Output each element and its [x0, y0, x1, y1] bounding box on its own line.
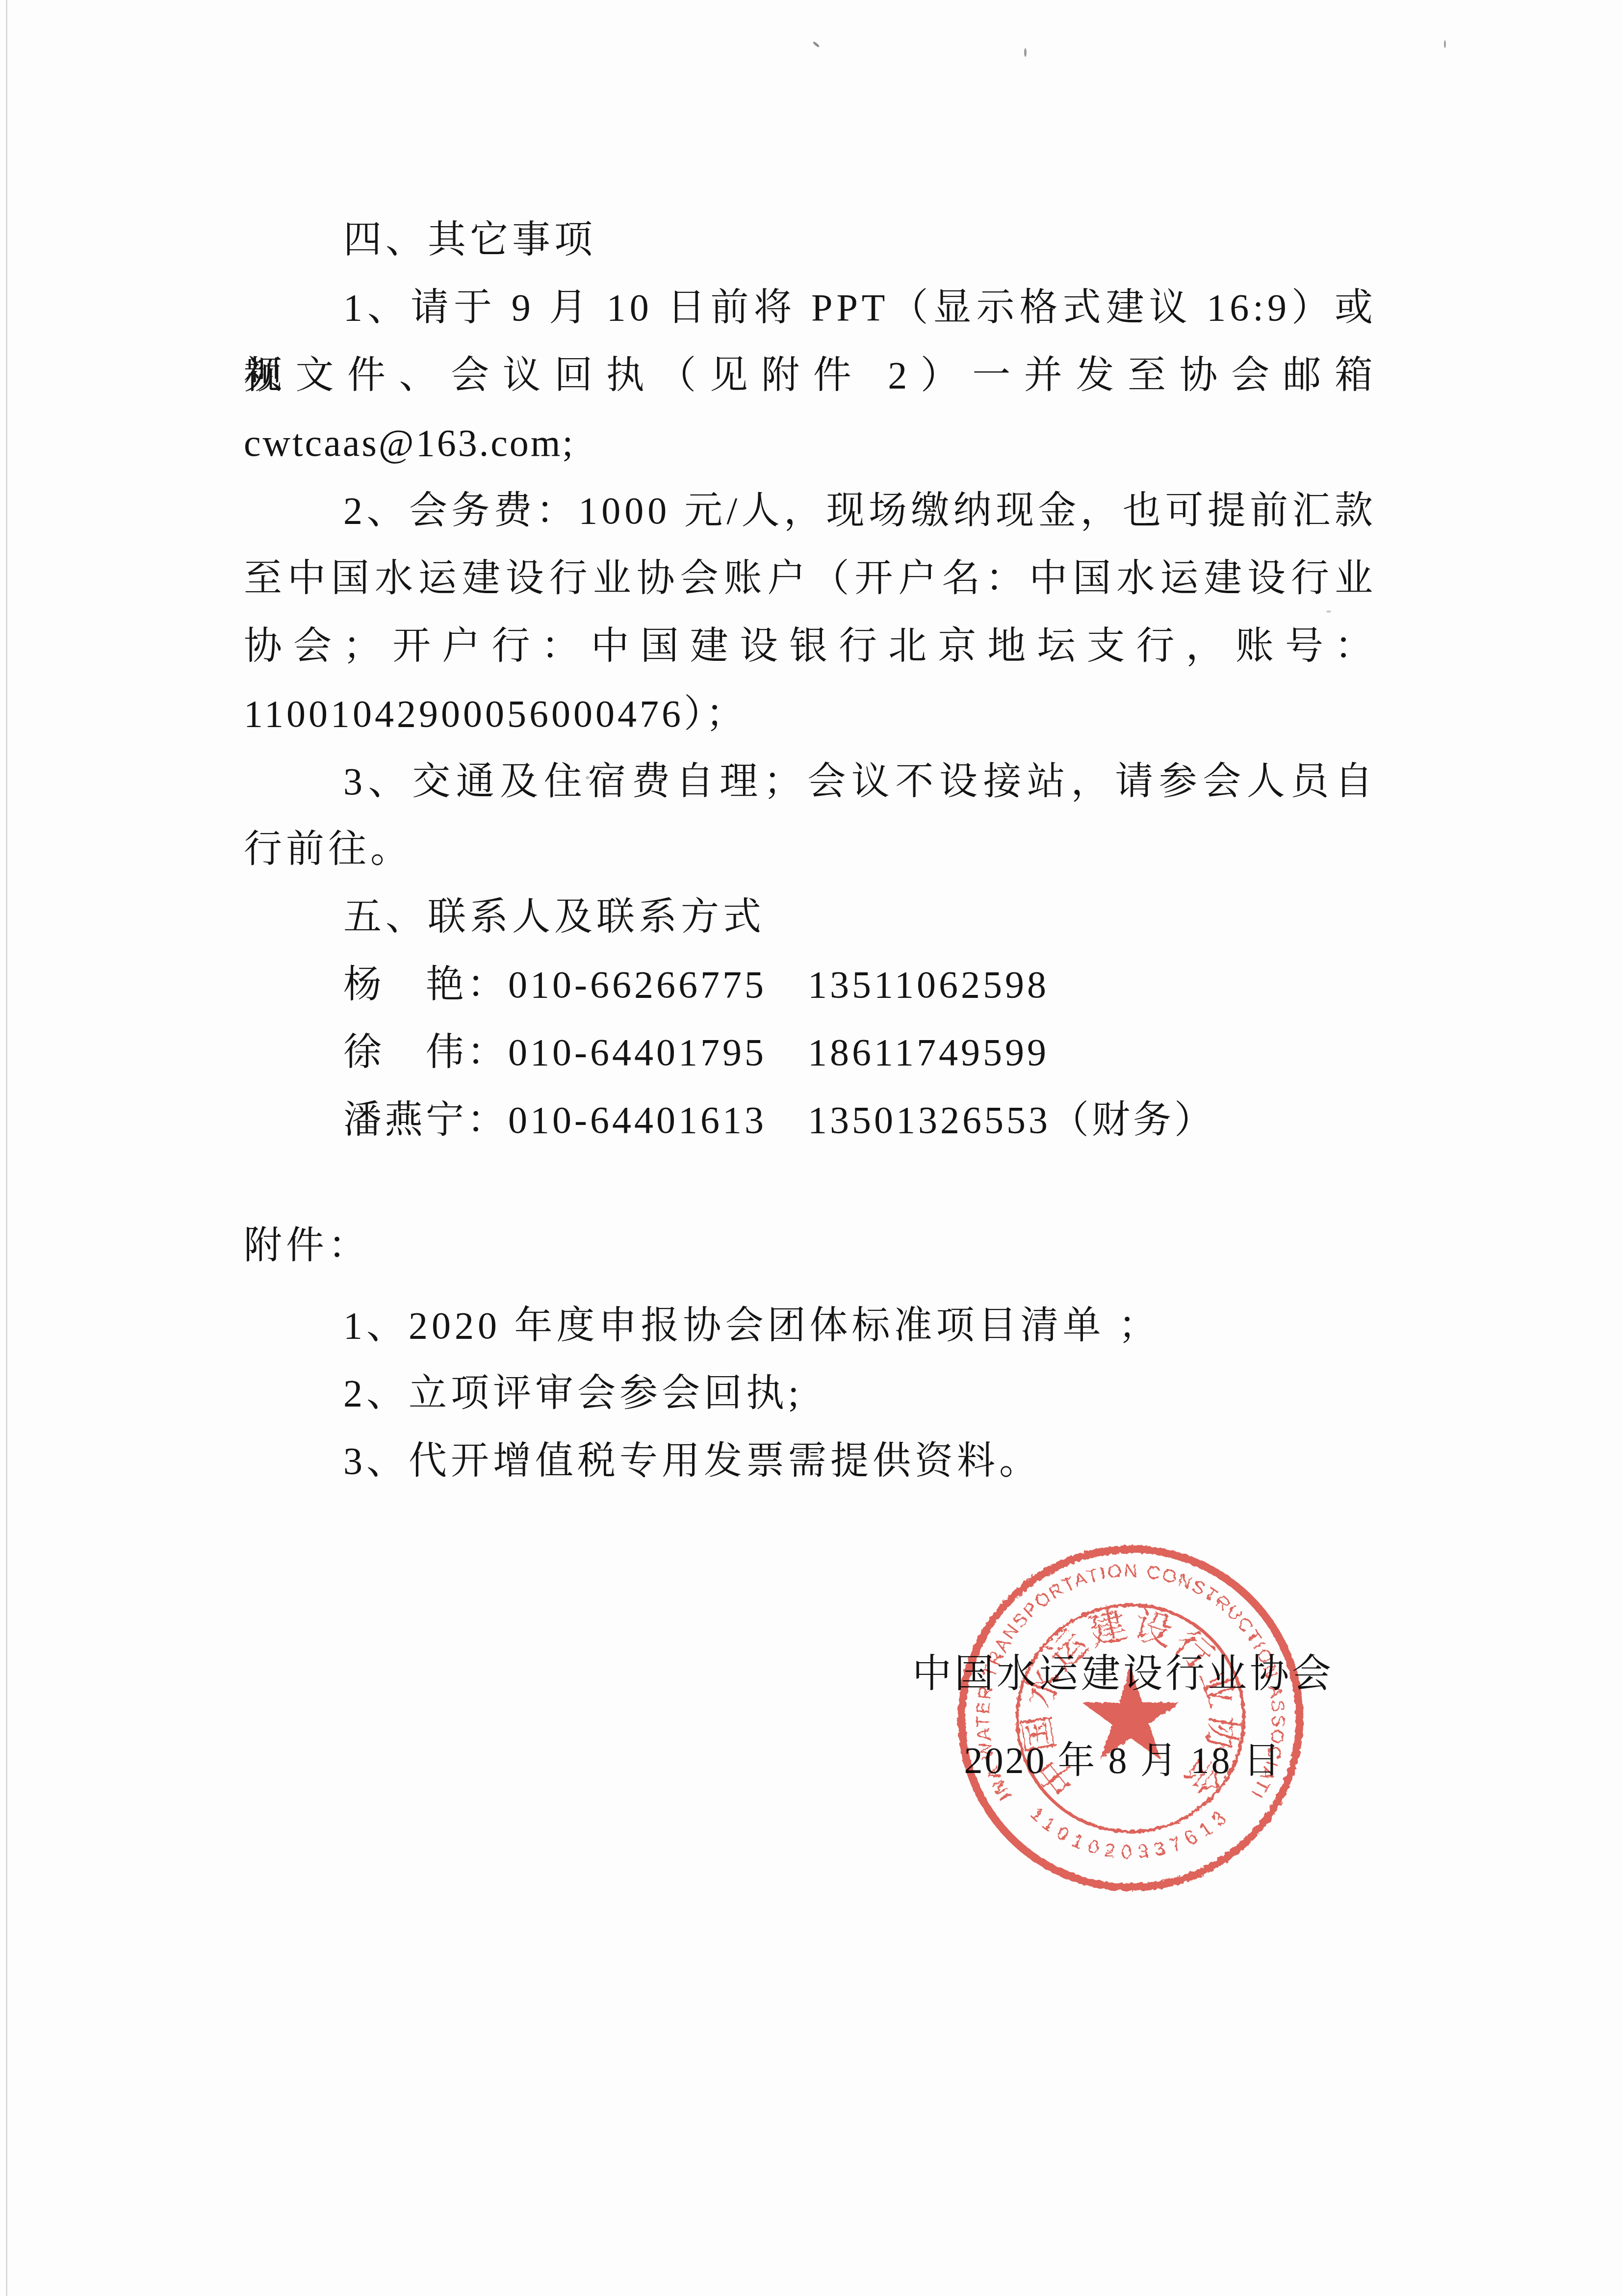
seal-ring-char: 会: [1176, 1748, 1232, 1803]
seal-star-icon: [1082, 1667, 1179, 1760]
seal-ring-char: 中: [1030, 1748, 1085, 1803]
contact-line: 徐 伟：010-64401795 18611749599: [244, 1018, 1377, 1086]
seal-arc-text-holder: CHINA WATER TRANSPORTATION CONSTRUCTION …: [940, 1536, 1289, 1804]
contact-line: 杨 艳：010-66266775 13511062598: [244, 951, 1377, 1018]
body-line: 1、请于 9 月 10 日前将 PPT（显示格式建议 16:9）或视: [244, 274, 1377, 341]
seal-ring-char: 协: [1198, 1712, 1245, 1757]
document-body: 四、其它事项 1、请于 9 月 10 日前将 PPT（显示格式建议 16:9）或…: [244, 206, 1377, 1495]
attachment-item: 2、立项评审会参会回执;: [244, 1359, 1377, 1427]
scan-speck: [1024, 48, 1027, 57]
seal-arc-text: CHINA WATER TRANSPORTATION CONSTRUCTION …: [940, 1536, 1289, 1804]
section-gap: [244, 1154, 1377, 1212]
attachment-item: 3、代开增值税专用发票需提供资料。: [244, 1427, 1377, 1495]
body-line: 频文件、会议回执（见附件 2）一并发至协会邮箱: [244, 341, 1377, 409]
official-seal: CHINA WATER TRANSPORTATION CONSTRUCTION …: [934, 1536, 1327, 1901]
section-heading: 四、其它事项: [244, 206, 1377, 274]
seal-ring-char: 设: [1130, 1604, 1177, 1653]
bank-account-number: 11001042900056000476）；: [244, 680, 1377, 748]
section-heading: 五、联系人及联系方式: [244, 883, 1377, 951]
body-line: 协会；开户行：中国建设银行北京地坛支行，账号：: [244, 612, 1377, 680]
scan-speck: [586, 776, 590, 779]
scan-speck: [812, 41, 820, 48]
seal-graphic: CHINA WATER TRANSPORTATION CONSTRUCTION …: [934, 1536, 1327, 1901]
seal-ring-char: 建: [1084, 1604, 1131, 1653]
seal-ring-char: 运: [1040, 1622, 1096, 1678]
body-line: 3、交通及住宿费自理；会议不设接站，请参会人员自: [244, 748, 1377, 815]
scan-speck: [1444, 40, 1446, 48]
email-address: cwtcaas@163.com;: [244, 409, 1377, 477]
body-line: 2、会务费：1000 元/人，现场缴纳现金，也可提前汇款: [244, 477, 1377, 545]
seal-ring-char: 业: [1192, 1664, 1244, 1713]
seal-ring-char: 国: [1016, 1712, 1063, 1755]
document-page: 四、其它事项 1、请于 9 月 10 日前将 PPT（显示格式建议 16:9）或…: [0, 0, 1622, 2296]
body-line: 至中国水运建设行业协会账户（开户名：中国水运建设行业: [244, 545, 1377, 612]
contact-line: 潘燕宁：010-64401613 13501326553（财务）: [244, 1086, 1377, 1154]
attachment-item: 1、2020 年度申报协会团体标准项目清单 ；: [244, 1292, 1377, 1359]
scan-speck: [1326, 610, 1331, 613]
body-line: 行前往。: [244, 815, 1377, 883]
scan-edge-artifact: [6, 0, 7, 2296]
attachments-label: 附件：: [244, 1212, 1377, 1279]
